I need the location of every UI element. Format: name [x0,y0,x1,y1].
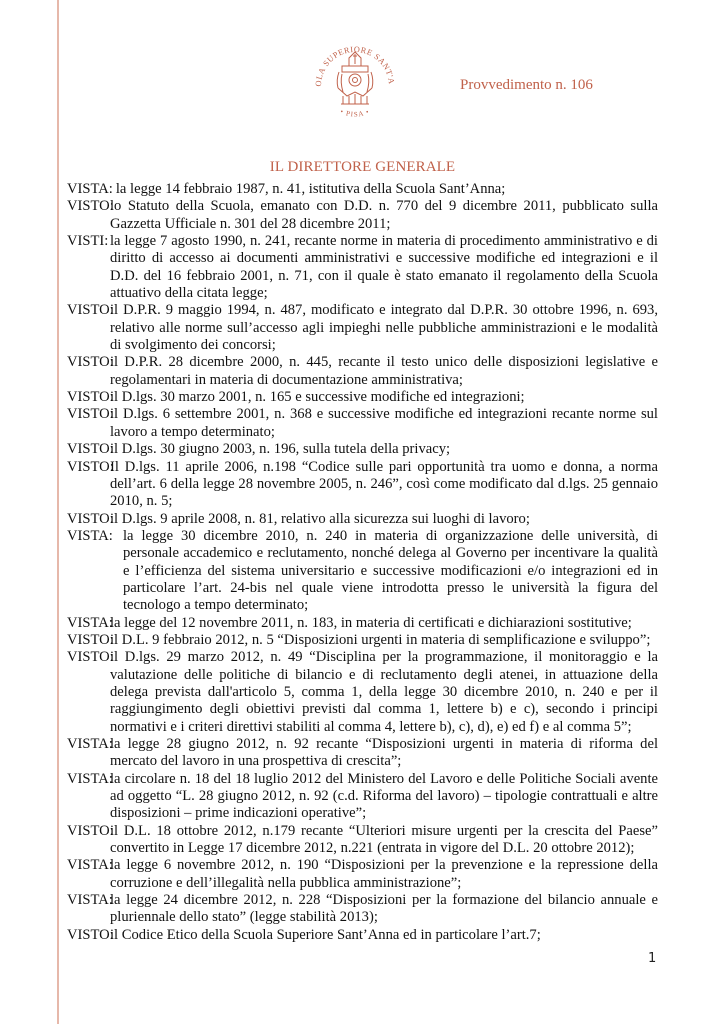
recital-entry: VISTI:la legge 7 agosto 1990, n. 241, re… [67,233,658,302]
recital-label: VISTO: [67,511,110,528]
recital-label: VISTI: [67,233,110,302]
recital-label: VISTA: [67,528,123,615]
recital-entry: VISTA:la legge 14 febbraio 1987, n. 41, … [67,181,658,198]
recital-text: il D.lgs. 29 marzo 2012, n. 49 “Discipli… [110,649,658,736]
recital-entry: VISTO:il D.P.R. 9 maggio 1994, n. 487, m… [67,302,658,354]
recital-label: VISTA: [67,615,110,632]
recital-entry: VISTA:la circolare n. 18 del 18 luglio 2… [67,771,658,823]
recital-entry: VISTO:il D.L. 9 febbraio 2012, n. 5 “Dis… [67,632,658,649]
recital-text: la legge 28 giugno 2012, n. 92 recante “… [110,736,658,771]
recital-text: la circolare n. 18 del 18 luglio 2012 de… [110,771,658,823]
recital-label: VISTO: [67,389,110,406]
recital-label: VISTA: [67,736,110,771]
recital-label: VISTO: [67,823,110,858]
recital-entry: VISTA:la legge 28 giugno 2012, n. 92 rec… [67,736,658,771]
recital-label: VISTO: [67,459,110,511]
recital-label: VISTA: [67,892,110,927]
recital-entry: VISTO:il D.lgs. 30 giugno 2003, n. 196, … [67,441,658,458]
recital-label: VISTO: [67,441,110,458]
recital-label: VISTO: [67,632,110,649]
svg-text:• PISA •: • PISA • [339,107,371,118]
recital-entry: VISTO:il Codice Etico della Scuola Super… [67,927,658,944]
recital-label: VISTA: [67,857,110,892]
recital-label: VISTO: [67,927,110,944]
page-number: 1 [648,951,656,966]
recital-text: la legge 24 dicembre 2012, n. 228 “Dispo… [110,892,658,927]
recital-text: il D.lgs. 9 aprile 2008, n. 81, relativo… [110,511,658,528]
recital-label: VISTO: [67,302,110,354]
recital-text: il D.lgs. 30 giugno 2003, n. 196, sulla … [110,441,658,458]
recital-label: VISTO: [67,649,110,736]
recital-entry: VISTO:il D.P.R. 28 dicembre 2000, n. 445… [67,354,658,389]
recital-entry: VISTO:il D.lgs. 9 aprile 2008, n. 81, re… [67,511,658,528]
recital-text: il D.L. 18 ottobre 2012, n.179 recante “… [110,823,658,858]
recital-entry: VISTA:la legge 6 novembre 2012, n. 190 “… [67,857,658,892]
recital-entry: VISTO:lo Statuto della Scuola, emanato c… [67,198,658,233]
recital-text: il D.lgs. 6 settembre 2001, n. 368 e suc… [110,406,658,441]
recital-text: il Codice Etico della Scuola Superiore S… [110,927,658,944]
recital-entry: VISTA:la legge del 12 novembre 2011, n. … [67,615,658,632]
recital-text: il D.lgs. 30 marzo 2001, n. 165 e succes… [110,389,658,406]
recital-text: la legge 14 febbraio 1987, n. 41, istitu… [116,181,658,198]
recital-text: il D.P.R. 9 maggio 1994, n. 487, modific… [110,302,658,354]
recital-entry: VISTO:il D.L. 18 ottobre 2012, n.179 rec… [67,823,658,858]
recital-text: la legge 30 dicembre 2010, n. 240 in mat… [123,528,658,615]
provvedimento-reference: Provvedimento n. 106 [460,77,593,94]
recital-entry: VISTO:il D.lgs. 6 settembre 2001, n. 368… [67,406,658,441]
recital-label: VISTO: [67,354,110,389]
recital-text: la legge 7 agosto 1990, n. 241, recante … [110,233,658,302]
recitals-list: VISTA:la legge 14 febbraio 1987, n. 41, … [67,181,658,944]
school-seal-logo: SCUOLA SUPERIORE SANT'ANNA • PISA • [309,36,401,128]
recital-entry: VISTO:il D.lgs. 29 marzo 2012, n. 49 “Di… [67,649,658,736]
recital-label: VISTA: [67,181,113,198]
recital-text: la legge 6 novembre 2012, n. 190 “Dispos… [110,857,658,892]
margin-rule [57,0,59,1024]
document-title: IL DIRETTORE GENERALE [0,159,725,176]
recital-text: il D.P.R. 28 dicembre 2000, n. 445, reca… [110,354,658,389]
recital-label: VISTA: [67,771,110,823]
recital-entry: VISTO:Il D.lgs. 11 aprile 2006, n.198 “C… [67,459,658,511]
recital-label: VISTO: [67,198,110,233]
recital-entry: VISTA:la legge 30 dicembre 2010, n. 240 … [67,528,658,615]
recital-entry: VISTO:il D.lgs. 30 marzo 2001, n. 165 e … [67,389,658,406]
recital-text: Il D.lgs. 11 aprile 2006, n.198 “Codice … [110,459,658,511]
recital-text: lo Statuto della Scuola, emanato con D.D… [110,198,658,233]
recital-text: il D.L. 9 febbraio 2012, n. 5 “Disposizi… [110,632,658,649]
recital-label: VISTO: [67,406,110,441]
recital-text: la legge del 12 novembre 2011, n. 183, i… [110,615,658,632]
recital-entry: VISTA:la legge 24 dicembre 2012, n. 228 … [67,892,658,927]
